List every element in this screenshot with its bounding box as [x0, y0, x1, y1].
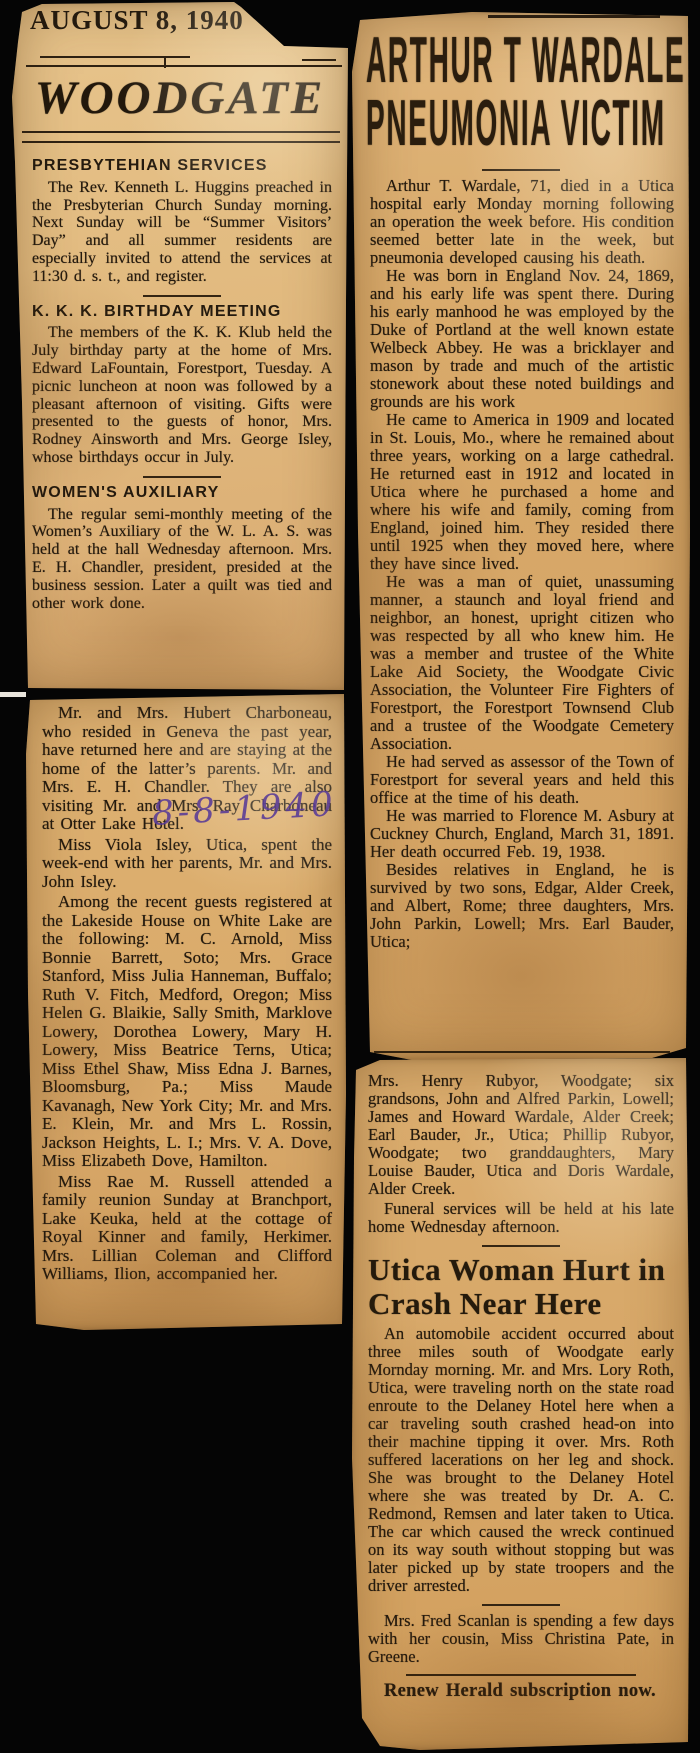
- personals-body: Mr. and Mrs. Hubert Charboneau, who resi…: [24, 694, 346, 1284]
- crash-headline: Utica Woman Hurt in Crash Near Here: [368, 1253, 674, 1321]
- crash-headline-line2: Crash Near Here: [368, 1286, 602, 1321]
- masthead-rule-bottom: [22, 131, 340, 143]
- obituary-paragraph: He came to America in 1909 and located i…: [370, 411, 674, 573]
- section-header-kkk-birthday: K. K. K. BIRTHDAY MEETING: [32, 303, 332, 321]
- rule-fragment: [302, 59, 336, 61]
- subscription-footer: Renew Herald subscription now.: [368, 1682, 674, 1700]
- funeral-notice: Funeral services will be held at his lat…: [368, 1200, 674, 1236]
- right-bottom-body: Mrs. Henry Rubyor, Woodgate; six grandso…: [350, 1058, 690, 1700]
- clipping-left-bottom: Mr. and Mrs. Hubert Charboneau, who resi…: [24, 694, 346, 1330]
- clipping-date: AUGUST 8, 1940: [30, 5, 244, 35]
- masthead-rule-top: [26, 56, 342, 69]
- article-divider: [482, 1245, 560, 1247]
- obituary-paragraph: He was married to Florence M. Asbury at …: [370, 807, 674, 861]
- obituary-paragraph: Arthur T. Wardale, 71, died in a Utica h…: [370, 177, 674, 267]
- masthead-title: WOODGATE: [12, 71, 348, 125]
- rule-fragment-top: [488, 15, 660, 18]
- clipping-right-bottom: Mrs. Henry Rubyor, Woodgate; six grandso…: [350, 1058, 690, 1750]
- newspaper-scan: AUGUST 8, 1940 WOODGATE PRESBYTEHIAN SER…: [0, 0, 700, 1753]
- date-strip: AUGUST 8, 1940: [12, 2, 348, 56]
- section-header-womens-auxiliary: WOMEN'S AUXILIARY: [32, 484, 332, 502]
- headline-divider: [482, 169, 560, 171]
- article-kkk-birthday: The members of the K. K. Klub held the J…: [32, 324, 332, 466]
- left-column-body: PRESBYTEHIAN SERVICES The Rev. Kenneth L…: [12, 143, 348, 612]
- clipping-right-top: ARTHUR T WARDALE PNEUMONIA VICTIM Arthur…: [352, 12, 690, 1060]
- obituary-headline-line1: ARTHUR T WARDALE: [366, 28, 684, 91]
- obituary-paragraph: He was a man of quiet, unassuming manner…: [370, 573, 674, 753]
- obituary-body: Arthur T. Wardale, 71, died in a Utica h…: [352, 177, 690, 951]
- obituary-paragraph: He had served as assessor of the Town of…: [370, 753, 674, 807]
- crash-headline-line1: Utica Woman Hurt in: [368, 1252, 665, 1287]
- personal-russell: Miss Rae M. Russell attended a family re…: [42, 1173, 332, 1284]
- clipping-left-top: AUGUST 8, 1940 WOODGATE PRESBYTEHIAN SER…: [12, 2, 348, 692]
- obituary-paragraph: He was born in England Nov. 24, 1869, an…: [370, 267, 674, 411]
- personal-lakeside-guests: Among the recent guests registered at th…: [42, 893, 332, 1171]
- obituary-headline-zone: ARTHUR T WARDALE PNEUMONIA VICTIM: [352, 12, 690, 160]
- article-presbyterian: The Rev. Kenneth L. Huggins preached in …: [32, 179, 332, 286]
- article-divider: [482, 1604, 560, 1606]
- rule-fragment: [40, 56, 190, 58]
- personal-isley: Miss Viola Isley, Utica, spent the week-…: [42, 836, 332, 892]
- section-divider: [143, 476, 221, 478]
- handwritten-date: 8-8-1940: [152, 795, 337, 823]
- obituary-continuation: Mrs. Henry Rubyor, Woodgate; six grandso…: [368, 1072, 674, 1198]
- rule-line: [26, 65, 342, 67]
- obituary-paragraph: Besides relatives in England, he is surv…: [370, 861, 674, 951]
- crash-article-body: An automobile accident occurred about th…: [368, 1325, 674, 1595]
- obituary-headline: ARTHUR T WARDALE PNEUMONIA VICTIM: [366, 28, 684, 154]
- section-divider: [143, 295, 221, 297]
- scanlan-note: Mrs. Fred Scanlan is spending a few days…: [368, 1612, 674, 1666]
- obituary-headline-line2: PNEUMONIA VICTIM: [366, 91, 684, 154]
- footer-rule: [406, 1674, 636, 1676]
- section-header-presbyterian: PRESBYTEHIAN SERVICES: [32, 157, 332, 175]
- article-womens-auxiliary: The regular semi-monthly meeting of the …: [32, 506, 332, 613]
- clipping-bottom-rule: [374, 1051, 670, 1054]
- scan-artifact-dash: [0, 692, 26, 697]
